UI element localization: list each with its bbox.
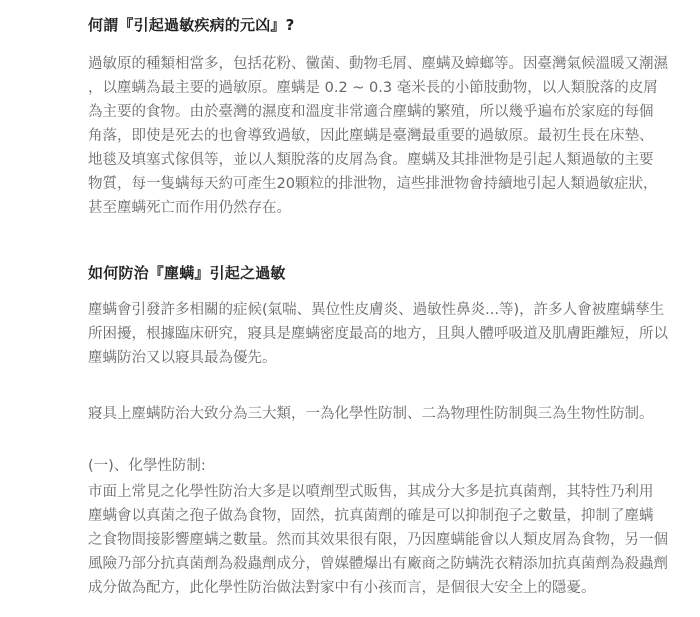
paragraph-line: 物質，每一隻螨每天約可產生20顆粒的排泄物，這些排泄物會持續地引起人類過敏症狀， [88, 172, 688, 196]
paragraph-line: 風險乃部分抗真菌劑為殺蟲劑成分，曾媒體爆出有廠商之防螨洗衣精添加抗真菌劑為殺蟲劑 [88, 552, 688, 576]
chemical-control-subheading: (一)、化學性防制: [88, 454, 688, 478]
section-heading-allergy-cause: 何謂『引起過敏疾病的元凶』? [88, 14, 295, 35]
paragraph-line: 市面上常見之化學性防治大多是以噴劑型式販售，其成分大多是抗真菌劑，其特性乃利用 [88, 480, 688, 504]
paragraph-line: 所困擾，根據臨床研究，寢具是塵螨密度最高的地方，且與人體呼吸道及肌膚距離短，所以 [88, 322, 688, 346]
paragraph-line: 地毯及填塞式傢俱等，並以人類脫落的皮屑為食。塵螨及其排泄物是引起人類過敏的主要 [88, 148, 688, 172]
paragraph-line: 過敏原的種類相當多，包括花粉、黴菌、動物毛屑、塵螨及蟑螂等。因臺灣氣候溫暖又潮濕 [88, 52, 688, 76]
symptoms-paragraph: 塵螨會引發許多相關的症候(氣喘、異位性皮膚炎、過敏性鼻炎...等)，許多人會被塵… [88, 298, 688, 370]
section-heading-dust-mite-prevention: 如何防治『塵螨』引起之過敏 [88, 262, 286, 283]
paragraph-line: 塵螨會引發許多相關的症候(氣喘、異位性皮膚炎、過敏性鼻炎...等)，許多人會被塵… [88, 298, 688, 322]
paragraph-line: 角落，即使是死去的也會導致過敏，因此塵螨是臺灣最重要的過敏原。最初生長在床墊、 [88, 124, 688, 148]
paragraph-line: 寢具上塵螨防治大致分為三大類，一為化學性防制、二為物理性防制與三為生物性防制。 [88, 402, 688, 426]
chemical-control-paragraph: 市面上常見之化學性防治大多是以噴劑型式販售，其成分大多是抗真菌劑，其特性乃利用 … [88, 480, 688, 600]
control-categories-paragraph: 寢具上塵螨防治大致分為三大類，一為化學性防制、二為物理性防制與三為生物性防制。 [88, 402, 688, 426]
paragraph-line: 塵螨防治又以寢具最為優先。 [88, 346, 688, 370]
subheading-text: (一)、化學性防制: [88, 454, 688, 478]
article: 何謂『引起過敏疾病的元凶』? 過敏原的種類相當多，包括花粉、黴菌、動物毛屑、塵螨… [0, 0, 700, 617]
paragraph-line: 塵螨會以真菌之孢子做為食物，固然，抗真菌劑的確是可以抑制孢子之數量，抑制了塵螨 [88, 504, 688, 528]
paragraph-line: ，以塵螨為最主要的過敏原。塵螨是 0.2 ~ 0.3 毫米長的小節肢動物，以人類… [88, 76, 688, 100]
paragraph-line: 成分做為配方，此化學性防治做法對家中有小孩而言，是個很大安全上的隱憂。 [88, 576, 688, 600]
paragraph-line: 之食物間接影響塵螨之數量。然而其效果很有限，乃因塵螨能會以人類皮屑為食物，另一個 [88, 528, 688, 552]
allergen-intro-paragraph: 過敏原的種類相當多，包括花粉、黴菌、動物毛屑、塵螨及蟑螂等。因臺灣氣候溫暖又潮濕… [88, 52, 688, 220]
paragraph-line: 為主要的食物。由於臺灣的濕度和溫度非常適合塵螨的繁殖，所以幾乎遍布於家庭的每個 [88, 100, 688, 124]
paragraph-line: 甚至塵螨死亡而作用仍然存在。 [88, 196, 688, 220]
